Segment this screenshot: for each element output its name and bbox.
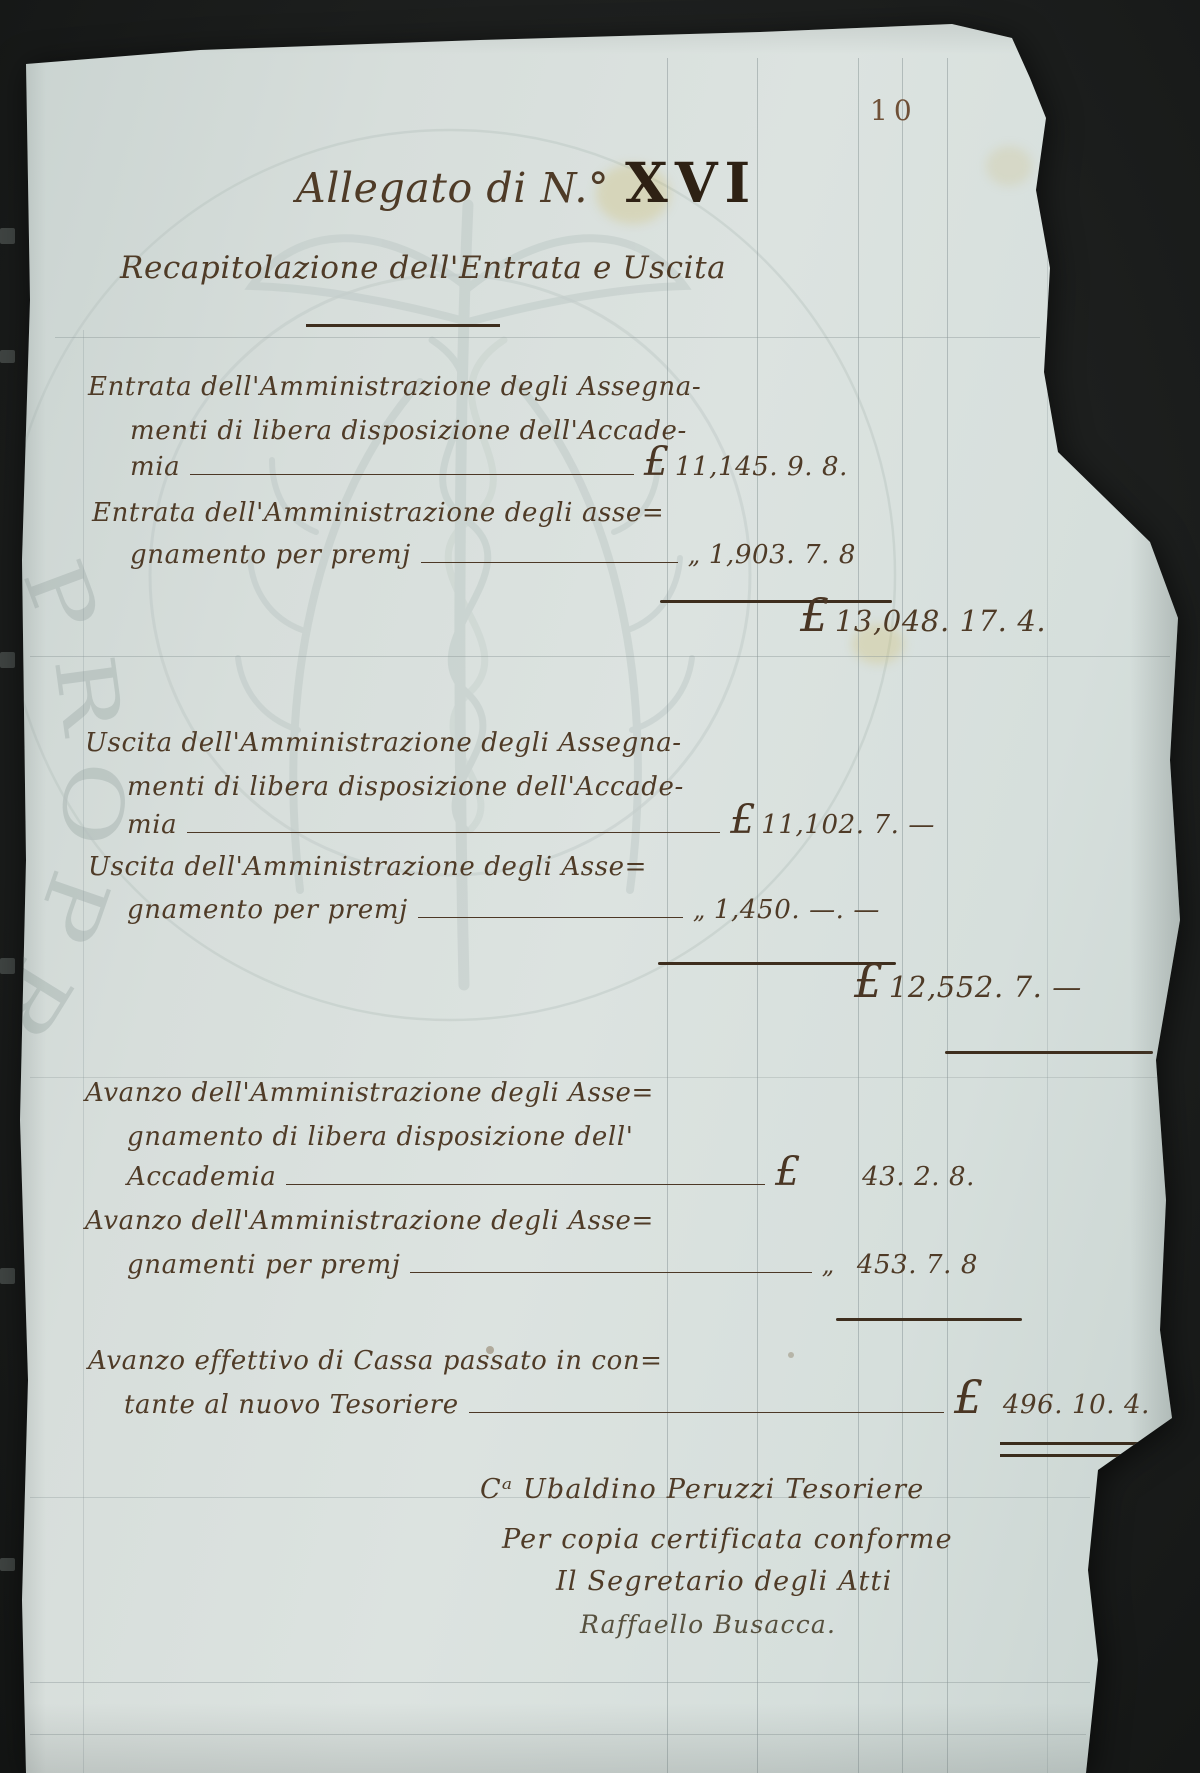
entry-amount-row: mia £ 11,145. 9. 8. [130,452,848,482]
ink-speck [788,1352,794,1358]
entry-line: menti di libera disposizione dell'Accade… [127,772,684,802]
entry-line: Avanzo dell'Amministrazione degli Asse= [85,1078,654,1108]
secretary-title-line: Il Segretario degli Atti [556,1566,892,1597]
attachment-title: Allegato di N.° XVI [296,150,757,215]
entry-label: gnamento per premj [130,540,411,570]
sum-rule [945,1051,1153,1054]
entry-line: Entrata dell'Amministrazione degli asse= [92,498,664,528]
title-underline [306,324,500,327]
entry-line: Entrata dell'Amministrazione degli Asseg… [88,372,701,402]
certification-line: Per copia certificata conforme [502,1524,953,1555]
amount-value: 11,145. 9. 8. [675,452,848,482]
ruled-line [55,337,1040,338]
doc-title: Recapitolazione dell'Entrata e Uscita [120,250,726,286]
ditto-mark: „ [693,896,706,924]
column-rule [902,58,903,1773]
entry-amount-row: gnamento per premj „ 1,903. 7. 8 [130,540,856,570]
entry-label: mia [130,452,180,482]
closing-double-rule [1000,1442,1162,1457]
sum-rule [836,1318,1022,1321]
column-rule [947,58,948,1773]
column-rule [1047,58,1048,1773]
total-value: 13,048. 17. 4. [835,604,1046,638]
entry-amount-row: mia £ 11,102. 7. — [127,810,935,840]
entry-label: Accademia [127,1162,276,1192]
total-entrata-row: £ 13,048. 17. 4. [798,604,1046,638]
entry-line: Uscita dell'Amministrazione degli Asse= [88,852,647,882]
page-number: 10 [870,94,918,127]
amount-value: 43. 2. 8. [862,1162,975,1192]
paper-stain [986,146,1032,186]
amount-value: 1,903. 7. 8 [709,540,856,570]
fill-rule [410,1272,811,1273]
paper-sheet-wrap: PROPRIETATI PVBLICAE AVGENDAE [0,0,1200,1773]
fill-rule [286,1184,765,1185]
ruled-line [30,1682,1090,1683]
margin-rule [83,330,84,1773]
entry-amount-row: gnamenti per premj „ 453. 7. 8 [127,1250,978,1280]
entry-amount-row: gnamento per premj „ 1,450. —. — [127,895,880,925]
ruled-line [30,1734,1086,1735]
paper-sheet: PROPRIETATI PVBLICAE AVGENDAE [0,0,1200,1773]
entry-line: Uscita dell'Amministrazione degli Assegn… [85,728,682,758]
signature-secretary: Raffaello Busacca. [580,1610,836,1639]
amount-value: 1,450. —. — [714,895,880,925]
entry-label: mia [127,810,177,840]
fill-rule [421,562,678,563]
amount-value: 453. 7. 8 [857,1250,978,1280]
scanned-manuscript-page: PROPRIETATI PVBLICAE AVGENDAE [0,0,1200,1773]
entry-line: Avanzo effettivo di Cassa passato in con… [88,1346,663,1376]
ditto-mark: „ [822,1251,835,1279]
ditto-mark: „ [688,541,701,569]
entry-label: tante al nuovo Tesoriere [124,1390,459,1420]
entry-line: gnamento di libera disposizione dell' [127,1122,633,1152]
sum-rule [660,600,892,603]
amount-value: 11,102. 7. — [761,810,935,840]
signature-treasurer: Cᵃ Ubaldino Peruzzi Tesoriere [480,1474,924,1505]
entry-line: Avanzo dell'Amministrazione degli Asse= [85,1206,654,1236]
entry-amount-row: tante al nuovo Tesoriere £ 496. 10. 4. [124,1390,1150,1420]
fill-rule [187,832,720,833]
fill-rule [190,474,633,475]
entry-label: gnamento per premj [127,895,408,925]
fill-rule [418,917,683,918]
amount-value: 496. 10. 4. [1003,1390,1150,1420]
entry-label: gnamenti per premj [127,1250,400,1280]
total-uscita-row: £ 12,552. 7. — [852,970,1082,1004]
total-value: 12,552. 7. — [889,970,1082,1004]
ruled-line [30,656,1170,657]
entry-amount-row: Accademia £ 43. 2. 8. [127,1162,975,1192]
attachment-label: Allegato di N.° [296,164,609,212]
attachment-number: XVI [625,150,757,215]
entry-line: menti di libera disposizione dell'Accade… [130,416,687,446]
fill-rule [469,1412,944,1413]
